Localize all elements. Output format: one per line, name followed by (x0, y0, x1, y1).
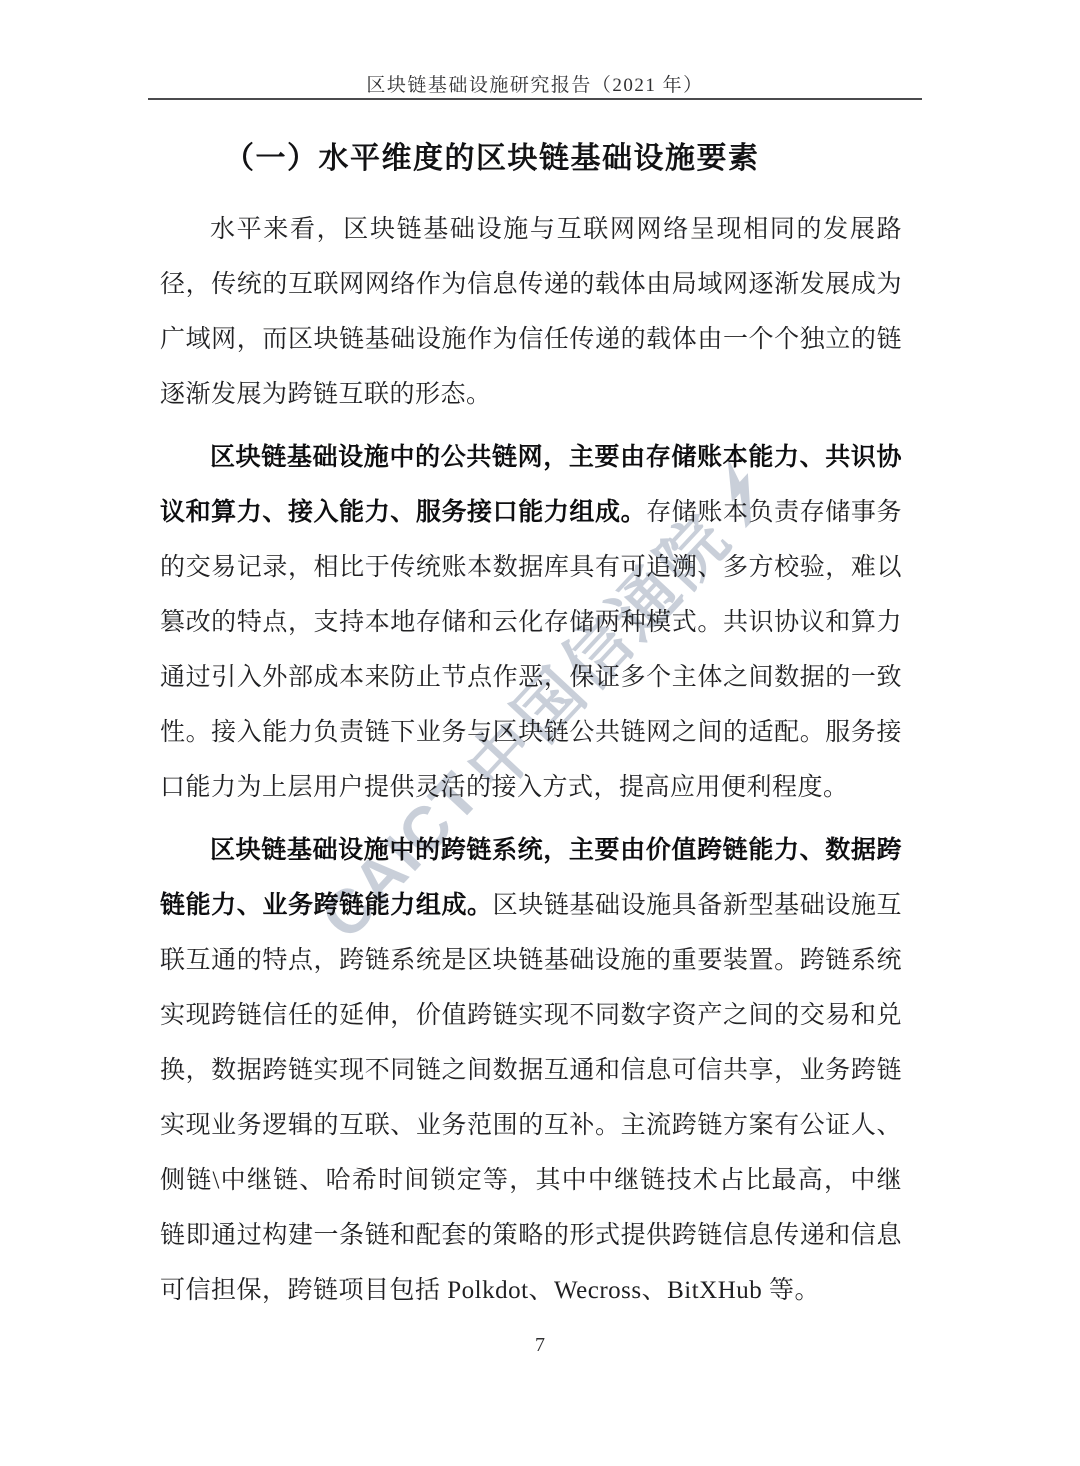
document-page: CAICT 中国信通院 区块链基础设施研究报告（2021 年） （一）水平维度的… (0, 0, 1080, 1466)
paragraph-3-text: 区块链基础设施具备新型基础设施互联互通的特点，跨链系统是区块链基础设施的重要装置… (160, 892, 902, 1304)
body-paragraph-3: 区块链基础设施中的跨链系统，主要由价值跨链能力、数据跨链能力、业务跨链能力组成。… (160, 823, 902, 1318)
paragraph-1-text: 水平来看，区块链基础设施与互联网网络呈现相同的发展路径，传统的互联网网络作为信息… (160, 216, 902, 408)
report-header-title: 区块链基础设施研究报告（2021 年） (148, 70, 922, 97)
header-divider (148, 98, 922, 100)
page-number: 7 (0, 1334, 1080, 1357)
body-paragraph-2: 区块链基础设施中的公共链网，主要由存储账本能力、共识协议和算力、接入能力、服务接… (160, 430, 902, 815)
page-content: （一）水平维度的区块链基础设施要素 水平来看，区块链基础设施与互联网网络呈现相同… (160, 128, 902, 1326)
section-heading: （一）水平维度的区块链基础设施要素 (160, 136, 902, 182)
body-paragraph-1: 水平来看，区块链基础设施与互联网网络呈现相同的发展路径，传统的互联网网络作为信息… (160, 202, 902, 422)
paragraph-2-text: 存储账本负责存储事务的交易记录，相比于传统账本数据库具有可追溯、多方校验，难以篡… (160, 499, 902, 801)
